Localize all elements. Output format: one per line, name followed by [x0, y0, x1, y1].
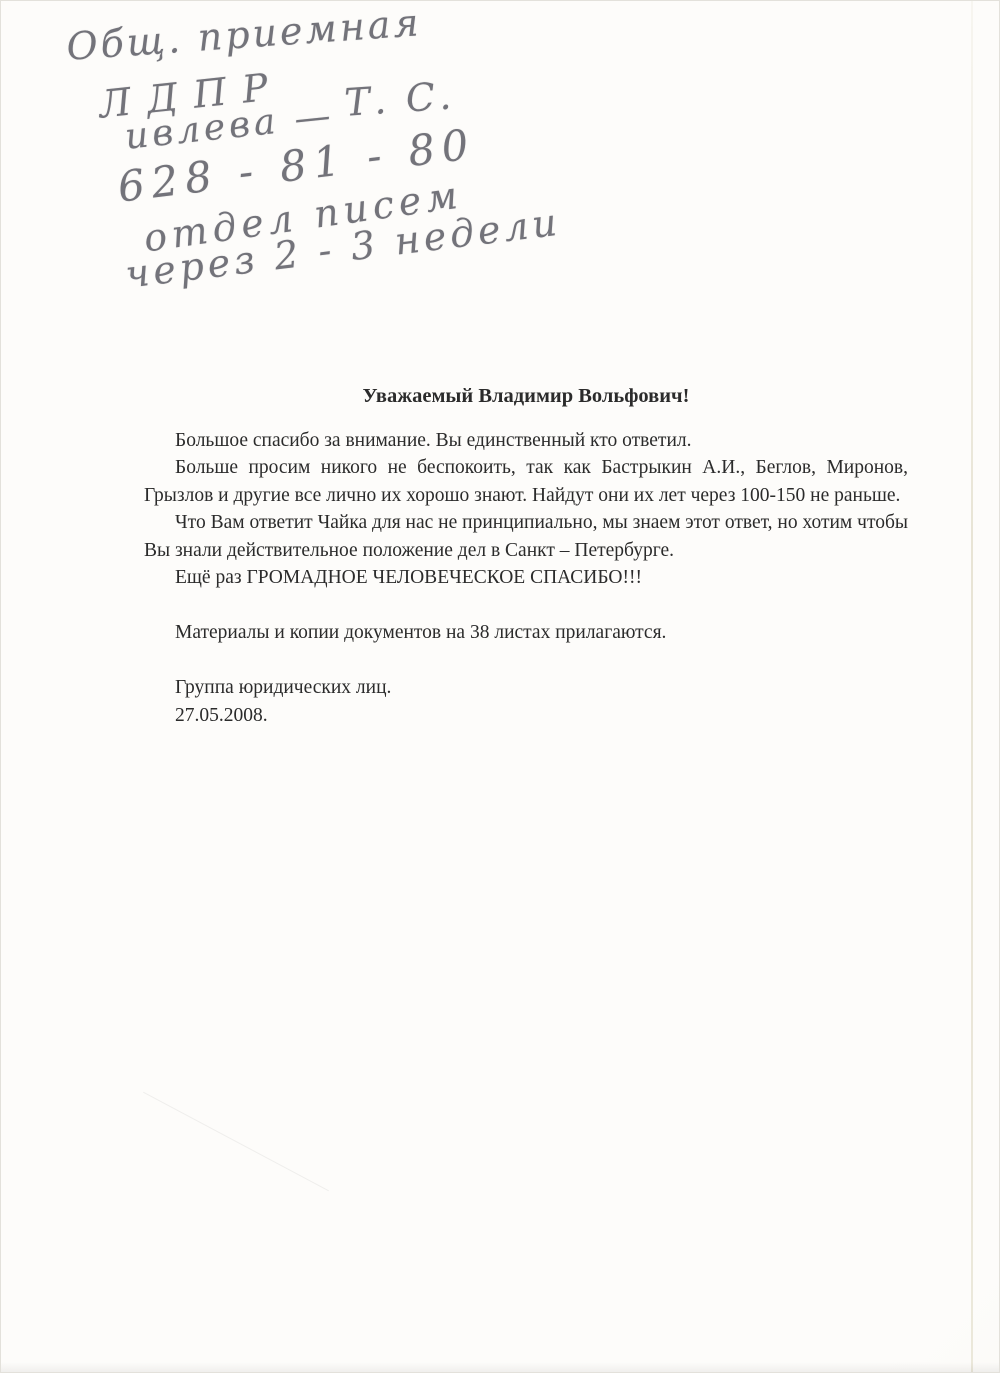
letter-paragraph-request: Больше просим никого не беспокоить, так …: [144, 454, 908, 509]
handwriting-reception-line: Общ. приемная: [65, 0, 423, 69]
letter-attachment-note: Материалы и копии документов на 38 листа…: [144, 619, 908, 647]
letter-paragraph-chaika: Что Вам ответит Чайка для нас не принцип…: [144, 509, 908, 564]
letter-date: 27.05.2008.: [144, 702, 908, 730]
paper-crease: [143, 1092, 329, 1191]
letter-paragraph-emphasis: Ещё раз ГРОМАДНОЕ ЧЕЛОВЕЧЕСКОЕ СПАСИБО!!…: [144, 564, 908, 592]
scan-edge-line: [971, 1, 973, 1372]
scan-bottom-shade: [1, 1362, 999, 1372]
letter-signature: Группа юридических лиц.: [144, 674, 908, 702]
letter-body: Уважаемый Владимир Вольфович! Большое сп…: [144, 383, 908, 729]
letter-salutation: Уважаемый Владимир Вольфович!: [144, 383, 908, 411]
handwriting-initials: Т. С.: [343, 73, 456, 125]
scanned-letter-page: Общ. приемная ЛДПР Т. С. ивлева — 628 - …: [0, 0, 1000, 1373]
letter-paragraph-thanks: Большое спасибо за внимание. Вы единстве…: [144, 427, 908, 455]
